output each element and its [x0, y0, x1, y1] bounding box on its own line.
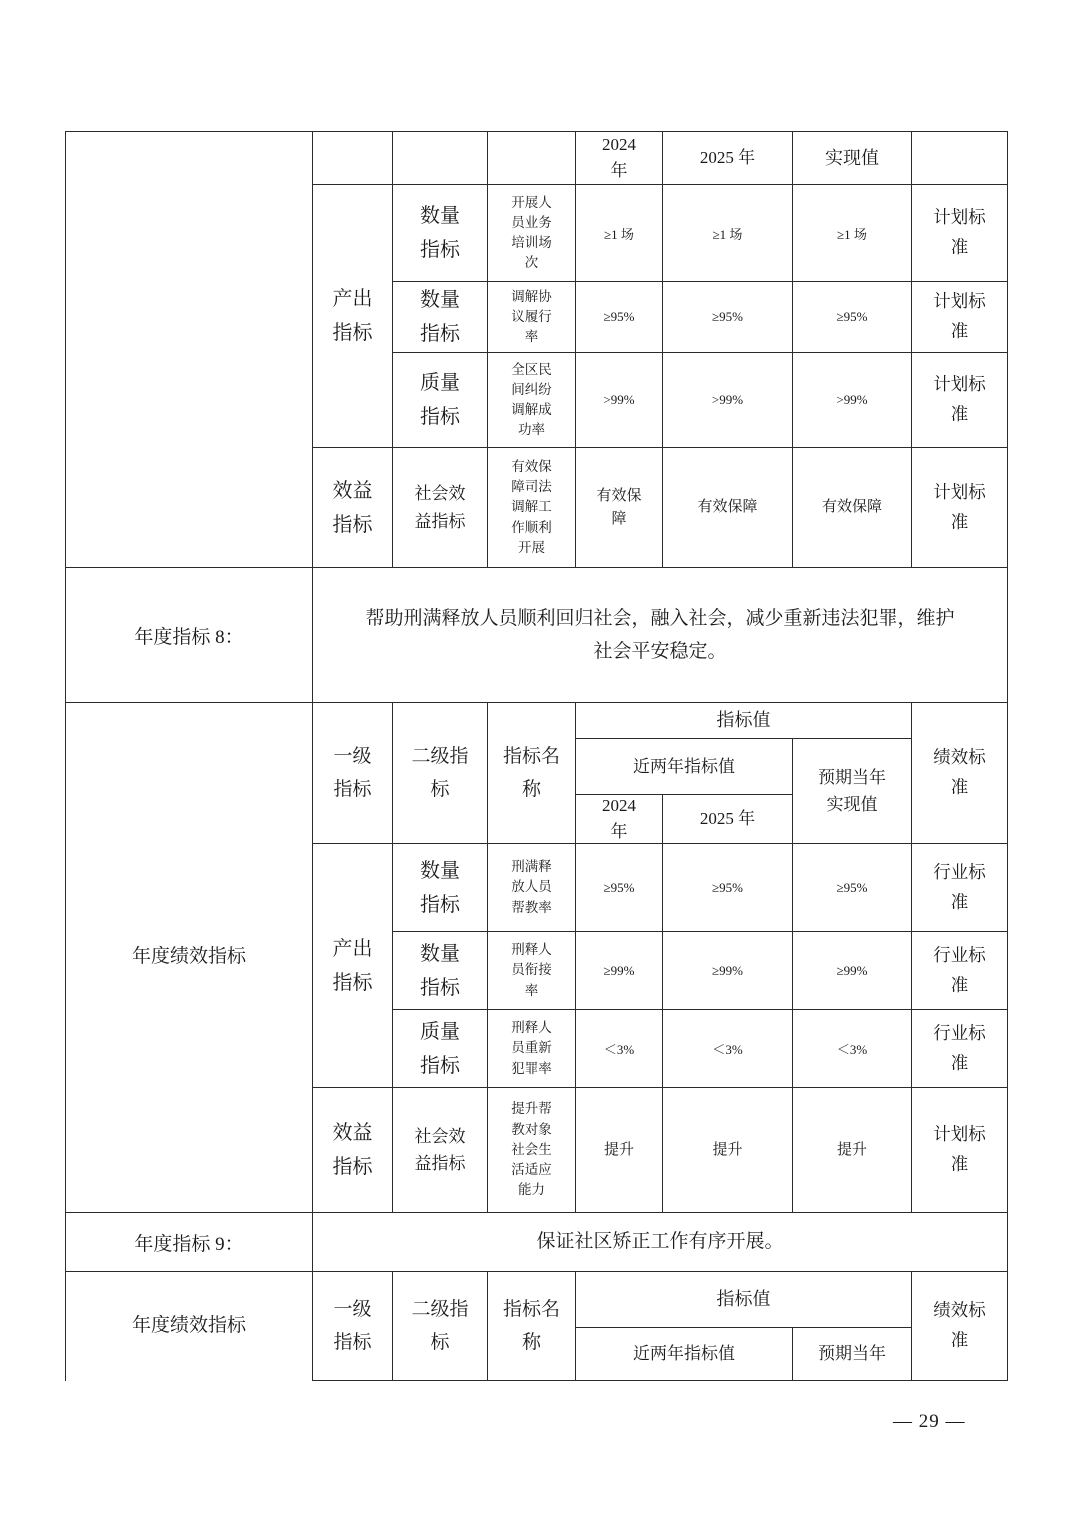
year-2025-header: 2025 年 [663, 132, 793, 185]
indicator-name: 提升帮教对象社会生活适应能力 [488, 1088, 576, 1213]
standard-label: 计划标准 [912, 353, 1008, 448]
benefit-indicator-group-label: 效益指标 [313, 1088, 393, 1213]
value-2024: ≥99% [576, 932, 663, 1010]
standard-label: 计划标准 [912, 185, 1008, 282]
row-label-cell-empty [66, 132, 313, 568]
name-column-header: 指标名称 [488, 1272, 576, 1381]
value-expected: ≥99% [793, 932, 912, 1010]
value-2025: ≥1 场 [663, 185, 793, 282]
document-page: { "page": { "page_number": "— 29 —" }, "… [0, 0, 1074, 1520]
standard-label: 计划标准 [912, 282, 1008, 353]
annual-performance-row-label: 年度绩效指标 [66, 703, 313, 1213]
value-expected: 提升 [793, 1088, 912, 1213]
value-2025: ≥95% [663, 844, 793, 932]
year-2024-header: 2024 年 [576, 795, 663, 844]
indicator-value-header: 指标值 [576, 1272, 912, 1328]
value-2025: 提升 [663, 1088, 793, 1213]
year-2024-header: 2024 年 [576, 132, 663, 185]
indicator-name: 刑释人员重新犯罪率 [488, 1010, 576, 1088]
recent-two-years-header: 近两年指标值 [576, 1328, 793, 1381]
annual-goal-8-label: 年度指标 8： [66, 568, 313, 703]
value-2024: ＜3% [576, 1010, 663, 1088]
indicator-name: 调解协议履行率 [488, 282, 576, 353]
value-2025: 有效保障 [663, 448, 793, 568]
value-2024: >99% [576, 353, 663, 448]
indicator-name: 刑满释放人员帮教率 [488, 844, 576, 932]
indicator-name: 有效保障司法调解工作顺利开展 [488, 448, 576, 568]
output-indicator-group-label: 产出指标 [313, 185, 393, 448]
value-2024: 有效保障 [576, 448, 663, 568]
annual-goal-9-label: 年度指标 9： [66, 1213, 313, 1272]
value-realized: ≥1 场 [793, 185, 912, 282]
expected-current-year-header: 预期当年 [793, 1328, 912, 1381]
indicator-name: 全区民间纠纷调解成功率 [488, 353, 576, 448]
page-number: — 29 — [893, 1411, 966, 1433]
value-2024: 提升 [576, 1088, 663, 1213]
lv2-column-header: 二级指标 [393, 703, 488, 844]
indicator-name: 开展人员业务培训场次 [488, 185, 576, 282]
expected-current-year-header: 预期当年实现值 [793, 739, 912, 844]
value-2025: ≥99% [663, 932, 793, 1010]
lv2-indicator-label: 质量指标 [393, 1010, 488, 1088]
benefit-indicator-group-label: 效益指标 [313, 448, 393, 568]
value-2025: ≥95% [663, 282, 793, 353]
lv2-header-cell-empty [393, 132, 488, 185]
lv2-indicator-label: 社会效益指标 [393, 1088, 488, 1213]
year-2025-header: 2025 年 [663, 795, 793, 844]
annual-goal-8-text: 帮助刑满释放人员顺利回归社会，融入社会，减少重新违法犯罪，维护社会平安稳定。 [313, 568, 1008, 703]
standard-label: 行业标准 [912, 1010, 1008, 1088]
lv2-indicator-label: 社会效益指标 [393, 448, 488, 568]
name-header-cell-empty [488, 132, 576, 185]
lv1-column-header: 一级指标 [313, 703, 393, 844]
value-2025: ＜3% [663, 1010, 793, 1088]
value-expected: ＜3% [793, 1010, 912, 1088]
performance-standard-header: 绩效标准 [912, 703, 1008, 844]
standard-label: 计划标准 [912, 448, 1008, 568]
performance-indicator-table: 2024 年 2025 年 实现值 产出指标 数量指标 开展人员业务培训场次 ≥… [65, 131, 1008, 1381]
value-2025: >99% [663, 353, 793, 448]
realized-value-header: 实现值 [793, 132, 912, 185]
lv2-indicator-label: 数量指标 [393, 185, 488, 282]
lv2-indicator-label: 数量指标 [393, 282, 488, 353]
lv1-header-cell-empty [313, 132, 393, 185]
recent-two-years-header: 近两年指标值 [576, 739, 793, 795]
lv2-indicator-label: 质量指标 [393, 353, 488, 448]
value-2024: ≥1 场 [576, 185, 663, 282]
indicator-value-header: 指标值 [576, 703, 912, 739]
lv2-column-header: 二级指标 [393, 1272, 488, 1381]
annual-performance-row-label: 年度绩效指标 [66, 1272, 313, 1381]
value-expected: ≥95% [793, 844, 912, 932]
performance-standard-header: 绩效标准 [912, 1272, 1008, 1381]
indicator-name: 刑释人员衔接率 [488, 932, 576, 1010]
lv2-indicator-label: 数量指标 [393, 932, 488, 1010]
lv1-column-header: 一级指标 [313, 1272, 393, 1381]
standard-label: 行业标准 [912, 932, 1008, 1010]
value-realized: >99% [793, 353, 912, 448]
value-2024: ≥95% [576, 844, 663, 932]
standard-header-cell-empty [912, 132, 1008, 185]
value-2024: ≥95% [576, 282, 663, 353]
annual-goal-9-text: 保证社区矫正工作有序开展。 [313, 1213, 1008, 1272]
standard-label: 行业标准 [912, 844, 1008, 932]
output-indicator-group-label: 产出指标 [313, 844, 393, 1088]
standard-label: 计划标准 [912, 1088, 1008, 1213]
value-realized: ≥95% [793, 282, 912, 353]
value-realized: 有效保障 [793, 448, 912, 568]
lv2-indicator-label: 数量指标 [393, 844, 488, 932]
name-column-header: 指标名称 [488, 703, 576, 844]
